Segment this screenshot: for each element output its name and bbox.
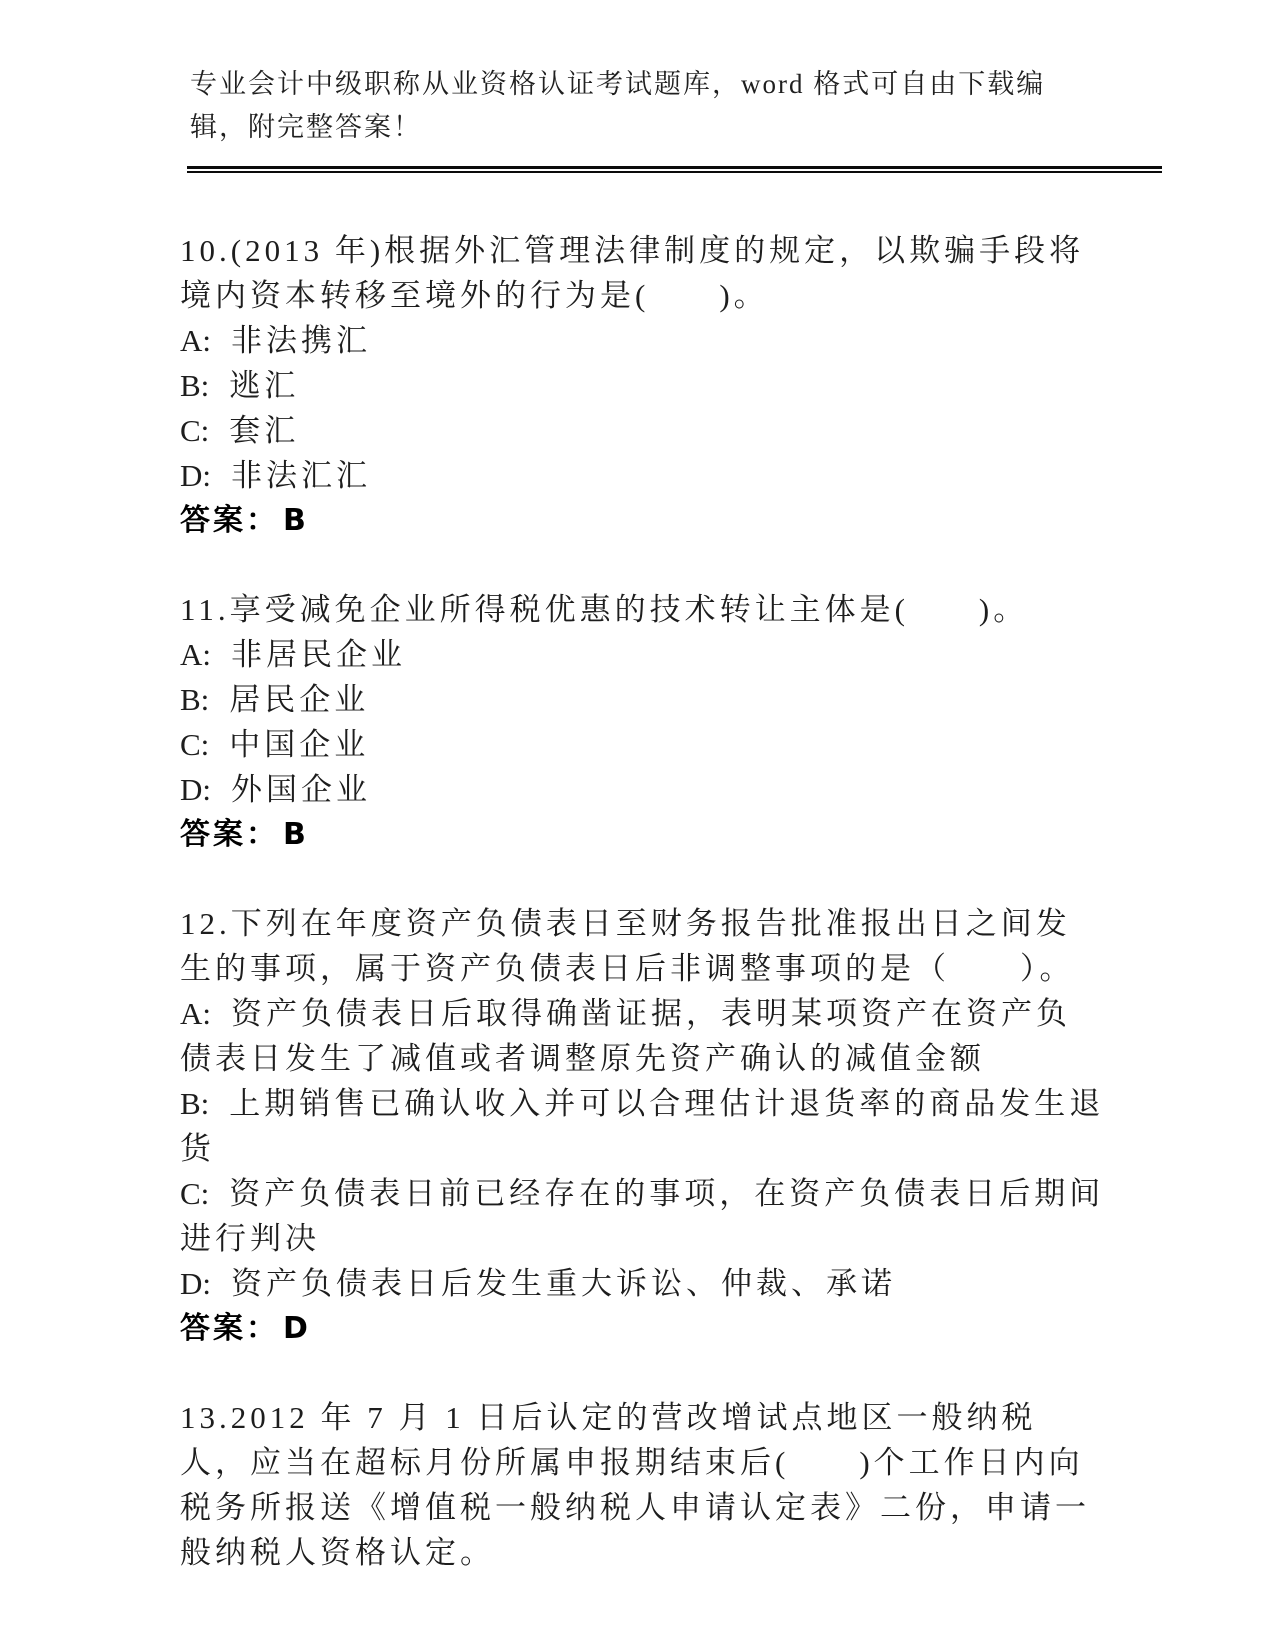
question-block-12: 12.下列在年度资产负债表日至财务报告批准报出日之间发生的事项，属于资产负债表日… — [180, 901, 1105, 1351]
document-body: 10.(2013 年)根据外汇管理法律制度的规定，以欺骗手段将境内资本转移至境外… — [180, 228, 1105, 1575]
option-text: 非法汇汇 — [231, 458, 371, 493]
option-text: 非法携汇 — [231, 323, 371, 358]
answer-label: 答案： — [180, 503, 279, 538]
option-row-c: C:套汇 — [180, 408, 1105, 453]
question-stem: 12.下列在年度资产负债表日至财务报告批准报出日之间发生的事项，属于资产负债表日… — [180, 901, 1105, 991]
option-text: 资产负债表日前已经存在的事项，在资产负债表日后期间进行判决 — [180, 1176, 1104, 1256]
question-block-11: 11.享受减免企业所得税优惠的技术转让主体是( )。 A:非居民企业 B:居民企… — [180, 587, 1105, 857]
option-text: 中国企业 — [229, 727, 369, 762]
option-key: A: — [180, 323, 211, 358]
option-key: D: — [180, 772, 211, 807]
option-key: B: — [180, 368, 209, 403]
option-row-b: B:逃汇 — [180, 363, 1105, 408]
answer-line: 答案：B — [180, 498, 1105, 543]
question-block-13: 13.2012 年 7 月 1 日后认定的营改增试点地区一般纳税人，应当在超标月… — [180, 1395, 1105, 1575]
question-stem: 11.享受减免企业所得税优惠的技术转让主体是( )。 — [180, 587, 1105, 632]
option-row-c: C:资产负债表日前已经存在的事项，在资产负债表日后期间进行判决 — [180, 1171, 1105, 1261]
answer-label: 答案： — [180, 1311, 279, 1346]
option-key: C: — [180, 727, 209, 762]
option-text: 逃汇 — [229, 368, 299, 403]
option-key: A: — [180, 637, 211, 672]
option-key: B: — [180, 682, 209, 717]
option-row-d: D:非法汇汇 — [180, 453, 1105, 498]
question-stem: 13.2012 年 7 月 1 日后认定的营改增试点地区一般纳税人，应当在超标月… — [180, 1395, 1105, 1575]
option-text: 非居民企业 — [231, 637, 406, 672]
option-row-d: D:外国企业 — [180, 767, 1105, 812]
answer-value: B — [283, 817, 309, 852]
option-text: 资产负债表日后取得确凿证据，表明某项资产在资产负债表日发生了减值或者调整原先资产… — [180, 996, 1071, 1076]
answer-line: 答案：B — [180, 812, 1105, 857]
question-stem: 10.(2013 年)根据外汇管理法律制度的规定，以欺骗手段将境内资本转移至境外… — [180, 228, 1105, 318]
document-page: 专业会计中级职称从业资格认证考试题库，word 格式可自由下载编辑，附完整答案！… — [0, 0, 1275, 1650]
option-key: D: — [180, 1266, 211, 1301]
header-disclaimer-text: 专业会计中级职称从业资格认证考试题库，word 格式可自由下载编辑，附完整答案！ — [190, 63, 1093, 149]
option-text: 套汇 — [229, 413, 299, 448]
option-key: A: — [180, 996, 211, 1031]
option-key: C: — [180, 413, 209, 448]
answer-label: 答案： — [180, 817, 279, 852]
option-text: 资产负债表日后发生重大诉讼、仲裁、承诺 — [231, 1266, 896, 1301]
answer-value: D — [283, 1311, 311, 1346]
option-text: 居民企业 — [229, 682, 369, 717]
option-key: D: — [180, 458, 211, 493]
option-row-a: A:非居民企业 — [180, 632, 1105, 677]
option-row-a: A:非法携汇 — [180, 318, 1105, 363]
question-block-10: 10.(2013 年)根据外汇管理法律制度的规定，以欺骗手段将境内资本转移至境外… — [180, 228, 1105, 543]
option-row-d: D:资产负债表日后发生重大诉讼、仲裁、承诺 — [180, 1261, 1105, 1306]
option-row-b: B:居民企业 — [180, 677, 1105, 722]
page-header: 专业会计中级职称从业资格认证考试题库，word 格式可自由下载编辑，附完整答案！ — [0, 0, 1275, 173]
header-divider — [187, 166, 1162, 173]
answer-value: B — [283, 503, 309, 538]
option-key: C: — [180, 1176, 209, 1211]
option-text: 上期销售已确认收入并可以合理估计退货率的商品发生退货 — [180, 1086, 1104, 1166]
answer-line: 答案：D — [180, 1306, 1105, 1351]
option-row-a: A:资产负债表日后取得确凿证据，表明某项资产在资产负债表日发生了减值或者调整原先… — [180, 991, 1105, 1081]
option-key: B: — [180, 1086, 209, 1121]
option-text: 外国企业 — [231, 772, 371, 807]
option-row-c: C:中国企业 — [180, 722, 1105, 767]
option-row-b: B:上期销售已确认收入并可以合理估计退货率的商品发生退货 — [180, 1081, 1105, 1171]
